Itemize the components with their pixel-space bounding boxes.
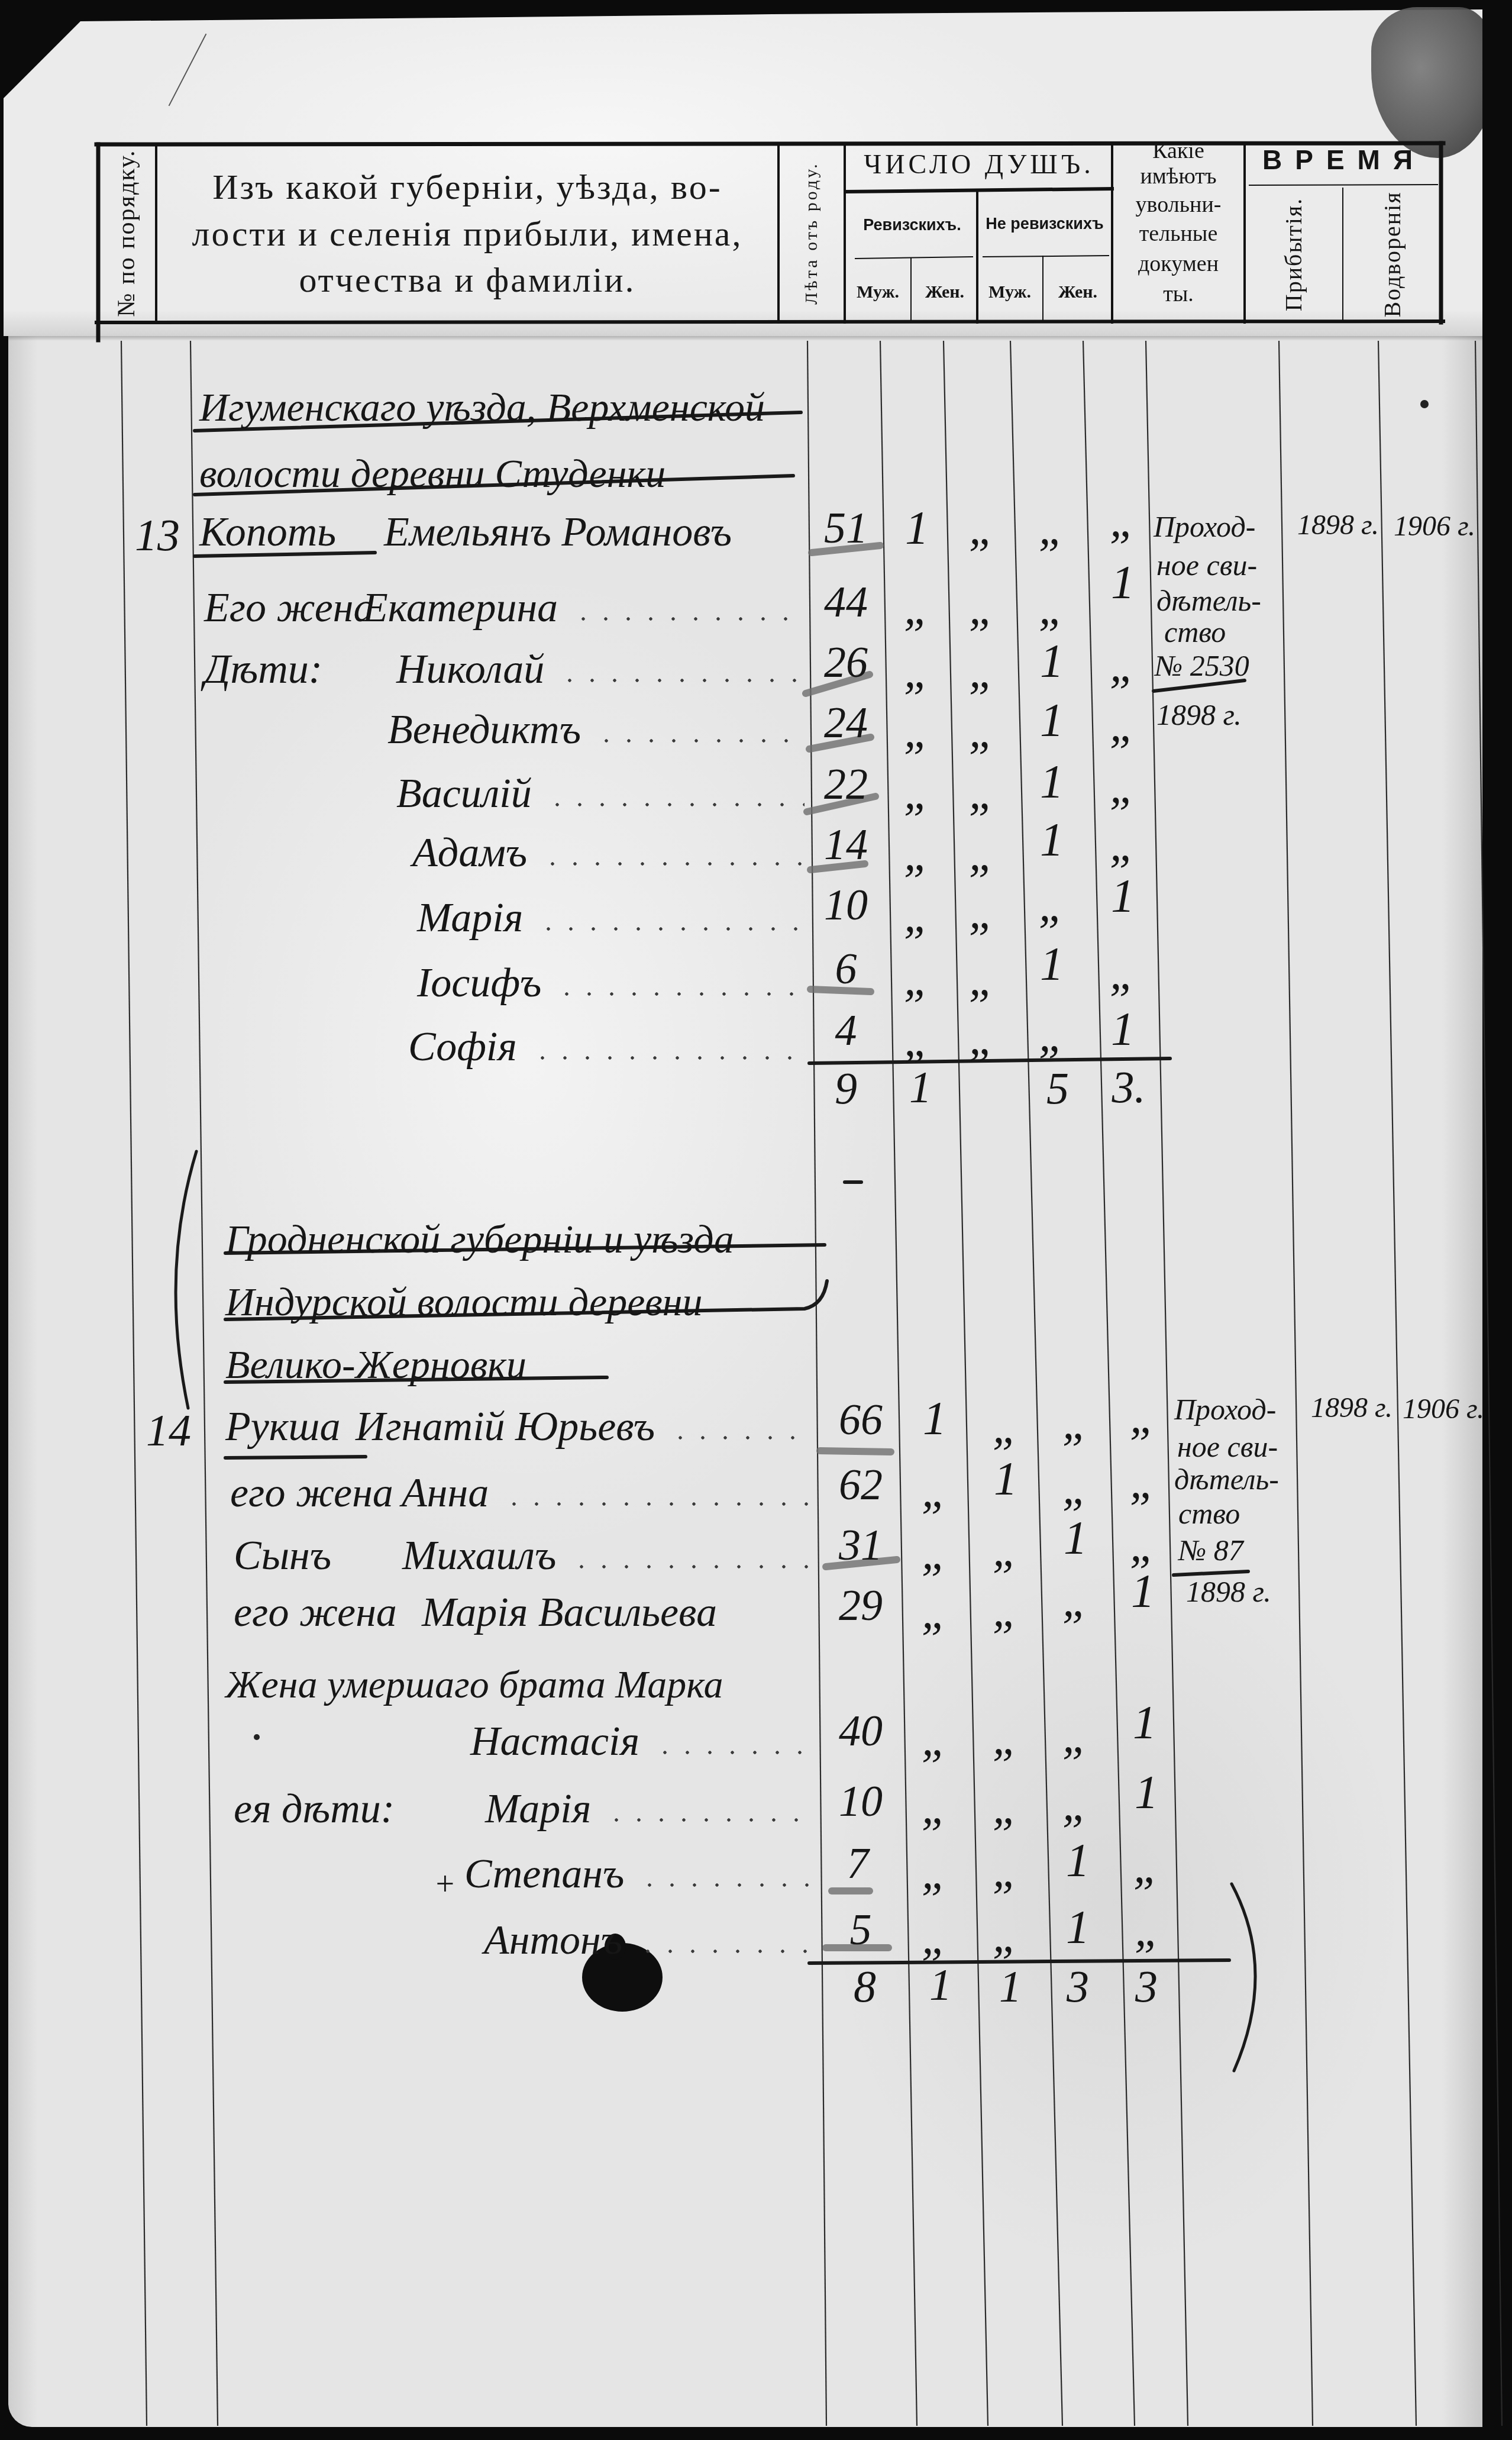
member-name: Марія <box>485 1784 591 1834</box>
document-line: ство <box>1178 1499 1240 1528</box>
nonrevision-female-mark: „ <box>1130 1522 1156 1569</box>
member-name: Іосифъ <box>417 958 541 1008</box>
revision-female-mark: „ <box>969 956 996 1003</box>
entry-number: 13 <box>135 513 180 558</box>
member-age: 6 <box>835 947 857 991</box>
nonrevision-female-mark: 1 <box>1111 559 1135 606</box>
header-origin-line-3: отчества и фамиліи. <box>299 262 635 298</box>
nonrevision-male-mark: „ <box>1062 1781 1089 1828</box>
document-number: № 2530 <box>1155 651 1249 680</box>
member-name: Антонъ <box>484 1916 622 1965</box>
member-name: Николай <box>396 645 544 695</box>
arrival-date: 1898 г. <box>1311 1394 1393 1422</box>
header-time-title: ВРЕМЯ <box>1262 146 1426 173</box>
header-documents-line: ты. <box>1163 283 1194 305</box>
member-relation: его жена <box>230 1468 402 1518</box>
nonrevision-female-mark: 1 <box>1131 1568 1155 1615</box>
member-relation: Сынъ <box>234 1531 402 1581</box>
member-relation: Дѣти: <box>204 645 396 695</box>
member-name: Михаилъ <box>402 1531 556 1581</box>
revision-female-mark: 1 <box>994 1455 1017 1503</box>
dotted-leader <box>503 1502 810 1506</box>
member-relation: Его жена <box>204 583 363 633</box>
revision-male-mark: „ <box>922 1467 948 1515</box>
revision-male-mark: „ <box>922 1529 948 1577</box>
total-persons: 8 <box>854 1964 876 2009</box>
member-age: 24 <box>824 701 868 745</box>
member-name: Анна <box>402 1468 489 1518</box>
nonrevision-male-mark: 1 <box>1066 1837 1090 1884</box>
nonrevision-female-mark: 1 <box>1133 1699 1156 1747</box>
member-age: 40 <box>839 1709 883 1753</box>
arrival-date: 1898 г. <box>1297 511 1379 540</box>
member-row: Адамъ <box>412 828 810 878</box>
settlement-date: 1906 г. <box>1403 1395 1484 1424</box>
nonrevision-female-mark: „ <box>1110 763 1136 811</box>
member-row: его жена Марія Васильева <box>234 1588 816 1638</box>
member-name: Марія <box>417 893 523 943</box>
revision-male-mark: „ <box>904 1016 931 1064</box>
cross-mark: + <box>434 1868 456 1901</box>
revision-male-mark: „ <box>904 769 931 816</box>
revision-female-mark: „ <box>969 1015 996 1062</box>
member-age: 29 <box>839 1584 883 1628</box>
nonrevision-female-mark: „ <box>1130 1393 1156 1441</box>
member-row: Рукша Игнатій Юрьевъ <box>225 1402 817 1452</box>
revision-female-mark: „ <box>993 1912 1019 1960</box>
member-row: Василій <box>396 769 810 819</box>
member-row: Сынъ Михаилъ <box>234 1531 816 1581</box>
member-row: Настасія <box>470 1717 816 1767</box>
dotted-leader <box>558 678 805 683</box>
member-row: Дѣти: Николай <box>204 645 810 695</box>
member-row: его жена Анна <box>230 1468 816 1518</box>
member-name: Екатерина <box>363 583 558 633</box>
document-line: ство <box>1164 617 1226 647</box>
revision-female-mark: „ <box>969 769 996 816</box>
member-surname: Копоть <box>199 508 384 557</box>
member-age: 22 <box>824 763 868 806</box>
revision-female-mark: „ <box>969 708 996 755</box>
member-age: 44 <box>824 580 868 624</box>
header-nonrevision-female: Жен. <box>1058 283 1097 301</box>
nonrevision-female-mark: „ <box>1135 1906 1161 1954</box>
revision-male-mark: „ <box>904 892 931 940</box>
nonrevision-male-mark: „ <box>1039 585 1065 632</box>
nonrevision-male-mark: 1 <box>1064 1515 1087 1562</box>
revision-female-mark: „ <box>969 585 996 632</box>
nonrevision-male-mark: „ <box>1062 1464 1089 1512</box>
header-nonrevision-male: Муж. <box>988 283 1031 301</box>
nonrevision-female-mark: „ <box>1110 821 1136 869</box>
nonrevision-female-mark: „ <box>1110 702 1136 749</box>
dotted-leader <box>669 1435 811 1440</box>
dotted-leader <box>555 992 805 996</box>
nonrevision-female-mark: „ <box>1133 1843 1160 1890</box>
member-age: 66 <box>839 1398 883 1442</box>
member-name: Степанъ <box>464 1850 624 1899</box>
origin-line: волости деревни Студенки <box>199 453 665 493</box>
member-row: Марія <box>417 893 810 943</box>
nonrevision-female-mark: „ <box>1110 950 1136 997</box>
member-relation-note: Жена умершаго брата Марка <box>225 1666 723 1705</box>
revision-male-mark: „ <box>904 956 931 1003</box>
header-souls-title: ЧИСЛО ДУШЪ. <box>864 151 1094 178</box>
header-origin-line-2: лости и селенія прибыли, имена, <box>192 216 742 251</box>
dotted-leader <box>572 617 805 621</box>
origin-line: Велико-Жерновки <box>225 1344 526 1384</box>
nonrevision-female-mark: 1 <box>1135 1769 1158 1816</box>
nonrevision-female-mark: „ <box>1110 642 1136 689</box>
document-year: 1898 г. <box>1156 700 1242 730</box>
header-documents-line: увольни- <box>1136 193 1222 216</box>
revision-female-mark: „ <box>993 1526 1019 1574</box>
entry-number: 14 <box>146 1408 191 1453</box>
document-number: № 87 <box>1178 1535 1243 1565</box>
nonrevision-female-mark: 1 <box>1111 1006 1135 1053</box>
total-revision-male: 1 <box>929 1963 952 2007</box>
member-age: 4 <box>835 1009 857 1053</box>
revision-female-mark: „ <box>969 648 996 695</box>
dotted-leader <box>546 802 805 807</box>
settlement-date: 1906 г. <box>1394 512 1475 541</box>
member-age: 31 <box>839 1524 883 1567</box>
revision-male-mark: „ <box>922 1784 948 1831</box>
document-line: ное сви- <box>1177 1432 1278 1461</box>
revision-male-mark: 1 <box>905 505 929 552</box>
member-surname: Рукша <box>225 1402 356 1452</box>
revision-male-mark: „ <box>922 1849 948 1896</box>
dotted-leader <box>570 1564 810 1569</box>
member-name: Адамъ <box>412 828 527 878</box>
revision-female-mark: „ <box>969 889 996 936</box>
nonrevision-male-mark: „ <box>1062 1713 1089 1760</box>
total-nonrevision-female: 3. <box>1112 1065 1146 1110</box>
member-age: 10 <box>839 1780 883 1823</box>
member-name: Софія <box>408 1022 517 1072</box>
dotted-leader <box>605 1818 810 1822</box>
total-persons: 9 <box>835 1066 857 1111</box>
member-row: Антонъ <box>484 1916 816 1965</box>
dotted-leader <box>531 1056 805 1060</box>
header-number-column: № по порядку. <box>114 150 139 317</box>
nonrevision-male-mark: 1 <box>1040 816 1064 864</box>
member-age: 14 <box>824 823 868 867</box>
revision-female-mark: „ <box>993 1715 1019 1762</box>
member-age: 10 <box>824 883 868 927</box>
member-name: Венедиктъ <box>387 705 581 755</box>
nonrevision-male-mark: „ <box>1039 505 1065 552</box>
nonrevision-male-mark: 1 <box>1040 941 1064 988</box>
document-year: 1898 г. <box>1186 1577 1271 1606</box>
header-settlement: Водворенія <box>1381 191 1404 317</box>
nonrevision-male-mark: „ <box>1062 1399 1089 1447</box>
header-documents-line: имѣютъ <box>1140 165 1216 188</box>
member-row: Степанъ <box>464 1850 816 1899</box>
revision-female-mark: „ <box>993 1403 1019 1451</box>
member-row: Іосифъ <box>417 958 810 1008</box>
header-age-column: Лѣта отъ роду. <box>803 162 820 305</box>
member-name: Игнатій Юрьевъ <box>356 1402 655 1452</box>
document-line: дѣтель- <box>1156 586 1261 615</box>
total-nonrevision-female: 3 <box>1135 1964 1158 2009</box>
total-nonrevision-male: 3 <box>1067 1964 1089 2009</box>
header-documents-line: докумен <box>1138 253 1219 275</box>
revision-female-mark: „ <box>993 1587 1019 1634</box>
revision-female-mark: „ <box>993 1784 1019 1831</box>
nonrevision-male-mark: 1 <box>1040 759 1064 806</box>
member-row: Софія <box>408 1022 810 1072</box>
document-line: ное сви- <box>1156 550 1257 580</box>
origin-line: Игуменскаго уѣзда, Верхменской <box>199 387 765 427</box>
revision-male-mark: 1 <box>923 1395 946 1442</box>
revision-female-mark: „ <box>993 1847 1019 1894</box>
header-non-revision: Не ревизскихъ <box>986 216 1103 232</box>
revision-male-mark: „ <box>904 585 931 632</box>
total-revision-female: 1 <box>999 1964 1022 2009</box>
nonrevision-male-mark: 1 <box>1040 638 1064 685</box>
revision-female-mark: „ <box>969 505 996 552</box>
member-row: Венедиктъ <box>387 705 810 755</box>
document-line: Проход- <box>1154 512 1255 541</box>
dotted-leader <box>537 927 805 931</box>
nonrevision-male-mark: 1 <box>1066 1904 1090 1951</box>
member-age: 62 <box>839 1463 883 1507</box>
origin-line: Индурской волости деревни <box>225 1282 703 1322</box>
revision-female-mark: „ <box>969 831 996 878</box>
nonrevision-female-mark: 1 <box>1111 873 1135 920</box>
header-documents-line: тельные <box>1139 222 1218 245</box>
revision-male-mark: „ <box>922 1716 948 1763</box>
member-age: 5 <box>850 1908 872 1952</box>
dotted-leader <box>541 861 805 866</box>
member-row: ея дѣти: Марія <box>234 1784 816 1834</box>
member-age: 26 <box>824 641 868 685</box>
member-row: Его жена Екатерина <box>204 583 810 633</box>
member-name: Емельянъ Романовъ <box>384 508 732 557</box>
dotted-leader <box>595 738 805 743</box>
member-age: 51 <box>824 506 868 550</box>
total-revision-male: 1 <box>909 1065 932 1110</box>
nonrevision-female-mark: „ <box>1110 497 1136 544</box>
header-documents-line: Какіе <box>1152 140 1204 162</box>
revision-male-mark: „ <box>904 648 931 695</box>
member-relation: ея дѣти: <box>234 1784 485 1834</box>
dotted-leader <box>637 1949 810 1954</box>
total-nonrevision-male: 5 <box>1046 1066 1069 1111</box>
member-row: Копоть Емельянъ Романовъ <box>199 508 809 557</box>
nonrevision-male-mark: „ <box>1039 1012 1065 1059</box>
member-name: Настасія <box>470 1717 639 1767</box>
header-revision: Ревизскихъ. <box>863 217 961 233</box>
document-line: дѣтель- <box>1174 1464 1279 1494</box>
header-revision-female: Жен. <box>925 283 964 301</box>
nonrevision-male-mark: 1 <box>1040 697 1064 744</box>
nonrevision-male-mark: „ <box>1039 882 1065 929</box>
member-name: Марія Васильева <box>422 1588 717 1638</box>
header-revision-male: Муж. <box>857 283 899 301</box>
nonrevision-male-mark: „ <box>1062 1577 1089 1624</box>
header-origin-line-1: Изъ какой губерніи, уѣзда, во- <box>212 169 722 205</box>
dotted-leader <box>638 1883 810 1887</box>
document-line: Проход- <box>1174 1395 1276 1424</box>
header-arrival: Прибытія. <box>1282 198 1306 312</box>
member-relation: его жена <box>234 1588 422 1638</box>
dotted-leader <box>654 1750 810 1755</box>
member-age: 7 <box>847 1842 869 1886</box>
origin-line: Гродненской губерніи и уѣзда <box>225 1219 734 1259</box>
revision-male-mark: „ <box>922 1589 948 1636</box>
nonrevision-female-mark: „ <box>1130 1458 1156 1506</box>
revision-male-mark: „ <box>904 708 931 755</box>
member-name: Василій <box>396 769 532 819</box>
revision-male-mark: „ <box>922 1914 948 1961</box>
revision-male-mark: „ <box>904 831 931 878</box>
